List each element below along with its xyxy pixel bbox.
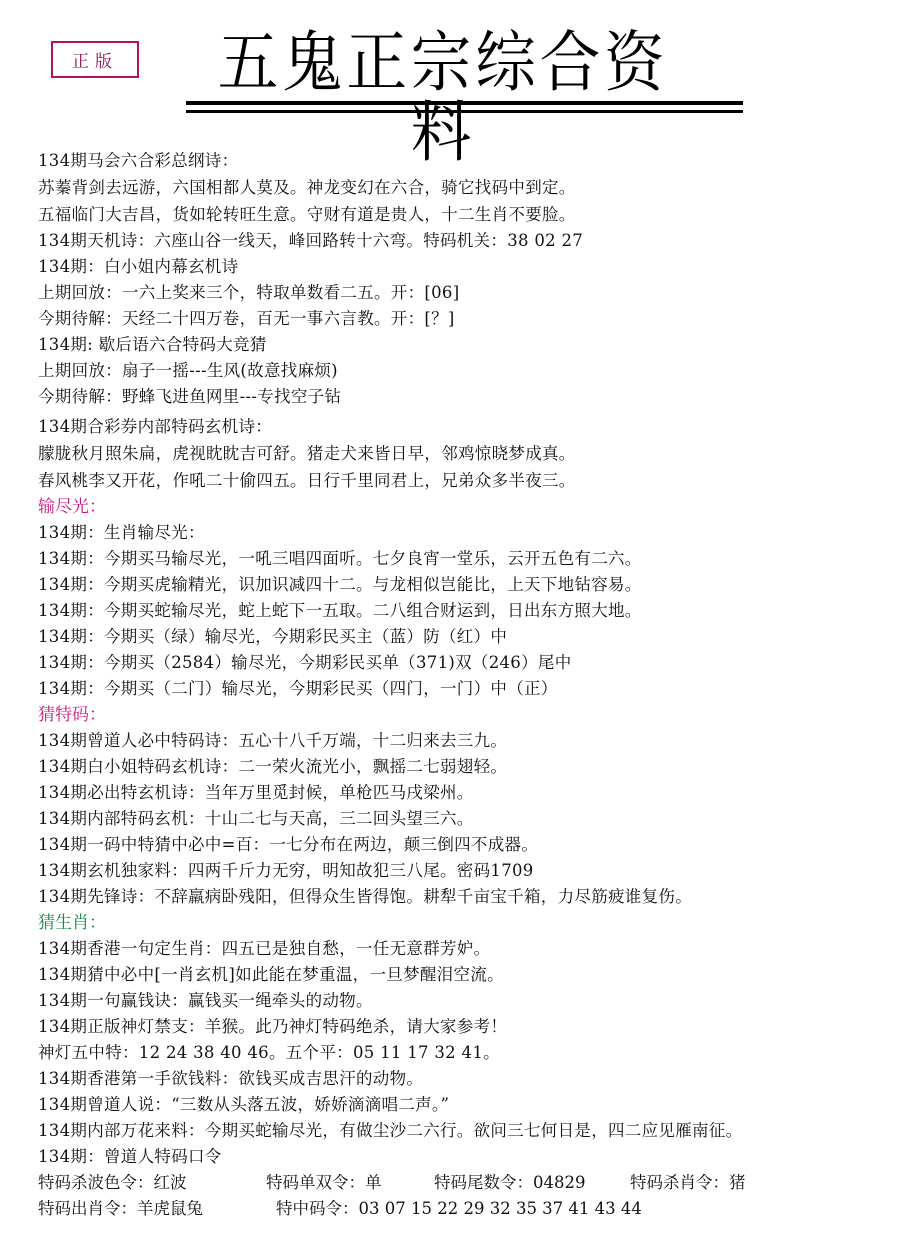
block-internal-poem: 134期合彩券内部特码玄机诗： 朦胧秋月照朱扁，虎视眈眈吉可舒。猪走犬来皆日早，… <box>38 414 898 494</box>
text-line: 134期马会六合彩总纲诗： <box>38 148 898 174</box>
text-line: 134期香港一句定生肖：四五已是独自愁，一任无意群芳妒。 <box>38 936 898 962</box>
text-line: 上期回放：扇子一摇---生风(故意找麻烦) <box>38 358 898 384</box>
block-general-poems: 134期马会六合彩总纲诗： 苏蓁背剑去远游，六国相都人莫及。神龙变幻在六合，骑它… <box>38 148 898 410</box>
text-line: 134期猜中必中[一肖玄机]如此能在梦重温，一旦梦醒泪空流。 <box>38 962 898 988</box>
title-rule-thick <box>186 101 743 105</box>
page-title: 五鬼正宗综合资料 <box>190 28 696 168</box>
title-rule-thin <box>186 110 743 113</box>
text-line: 134期必出特玄机诗：当年万里觅封候，单枪匹马戌梁州。 <box>38 780 898 806</box>
edition-badge-label: 正版 <box>72 47 118 72</box>
command-row-2: 特码出肖令：羊虎鼠兔 特中码令：03 07 15 22 29 32 35 37 … <box>38 1196 898 1222</box>
text-line: 上期回放：一六上奖来三个，特取单数看二五。开：[06] <box>38 280 898 306</box>
text-line: 134期合彩券内部特码玄机诗： <box>38 414 898 440</box>
edition-badge: 正版 <box>51 41 139 78</box>
text-line: 134期：今期买（绿）输尽光，今期彩民买主（蓝）防（红）中 <box>38 624 898 650</box>
text-line: 134期：生肖输尽光： <box>38 520 898 546</box>
text-line: 134期曾道人必中特码诗：五心十八千万端，十二归来去三九。 <box>38 728 898 754</box>
text-line: 春风桃李又开花，作吼二十偷四五。日行千里同君上，兄弟众多半夜三。 <box>38 467 898 494</box>
text-line: 134期香港第一手欲钱料：欲钱买成吉思汗的动物。 <box>38 1066 898 1092</box>
command-tail-digits: 特码尾数令：04829 <box>434 1170 630 1196</box>
command-kill-zodiac: 特码杀肖令：猪 <box>630 1170 746 1196</box>
text-line: 134期内部特码玄机：十山二七与天高，三二回头望三六。 <box>38 806 898 832</box>
command-hit-numbers: 特中码令：03 07 15 22 29 32 35 37 41 43 44 <box>276 1196 642 1222</box>
command-kill-color: 特码杀波色令：红波 <box>38 1170 266 1196</box>
text-line: 134期一句赢钱诀：赢钱买一绳牵头的动物。 <box>38 988 898 1014</box>
text-line: 134期一码中特猜中必中=百：一七分布在两边，颠三倒四不成器。 <box>38 832 898 858</box>
text-line: 134期先锋诗：不辞羸病卧残阳，但得众生皆得饱。耕犁千亩宝千箱，力尽筋疲谁复伤。 <box>38 884 898 910</box>
text-line: 134期：曾道人特码口令 <box>38 1144 898 1170</box>
text-line: 134期：今期买马输尽光，一吼三唱四面听。七夕良宵一堂乐，云开五色有二六。 <box>38 546 898 572</box>
section-heading-guess-zodiac: 猜生肖： <box>38 910 898 936</box>
command-odd-even: 特码单双令：单 <box>266 1170 434 1196</box>
text-line: 今期待解：野蜂飞进鱼网里---专找空子钻 <box>38 384 898 410</box>
text-line: 134期内部万花来料：今期买蛇输尽光，有做尘沙二六行。欲问三七何日是，四二应见雁… <box>38 1118 898 1144</box>
text-line: 苏蓁背剑去远游，六国相都人莫及。神龙变幻在六合，骑它找码中到定。 <box>38 174 898 201</box>
document-body: 134期马会六合彩总纲诗： 苏蓁背剑去远游，六国相都人莫及。神龙变幻在六合，骑它… <box>38 148 898 1222</box>
section-guess-zodiac: 猜生肖： 134期香港一句定生肖：四五已是独自愁，一任无意群芳妒。 134期猜中… <box>38 910 898 1222</box>
section-heading-lose-all: 输尽光： <box>38 494 898 520</box>
text-line: 134期：白小姐内幕玄机诗 <box>38 254 898 280</box>
text-line: 134期：今期买（2584）输尽光，今期彩民买单（371)双（246）尾中 <box>38 650 898 676</box>
section-lose-all: 输尽光： 134期：生肖输尽光： 134期：今期买马输尽光，一吼三唱四面听。七夕… <box>38 494 898 702</box>
text-line: 134期：今期买蛇输尽光，蛇上蛇下一五取。二八组合财运到，日出东方照大地。 <box>38 598 898 624</box>
text-line: 134期：今期买虎输精光，识加识减四十二。与龙相似岂能比，上天下地钻容易。 <box>38 572 898 598</box>
text-line: 134期: 歇后语六合特码大竞猜 <box>38 332 898 358</box>
section-heading-guess-code: 猜特码： <box>38 702 898 728</box>
text-line: 134期：今期买（二门）输尽光，今期彩民买（四门，一门）中（正） <box>38 676 898 702</box>
text-line: 134期白小姐特码玄机诗：二一荣火流光小，飘摇二七弱翅轻。 <box>38 754 898 780</box>
text-line: 五福临门大吉昌，货如轮转旺生意。守财有道是贵人，十二生肖不要脸。 <box>38 201 898 228</box>
text-line: 神灯五中特：12 24 38 40 46。五个平：05 11 17 32 41。 <box>38 1040 898 1066</box>
section-guess-code: 猜特码： 134期曾道人必中特码诗：五心十八千万端，十二归来去三九。 134期白… <box>38 702 898 910</box>
text-line: 朦胧秋月照朱扁，虎视眈眈吉可舒。猪走犬来皆日早，邻鸡惊晓梦成真。 <box>38 440 898 467</box>
text-line: 134期天机诗：六座山谷一线天，峰回路转十六弯。特码机关：38 02 27 <box>38 228 898 254</box>
text-line: 134期正版神灯禁支：羊猴。此乃神灯特码绝杀，请大家参考！ <box>38 1014 898 1040</box>
text-line: 今期待解：天经二十四万卷，百无一事六言教。开：[？] <box>38 306 898 332</box>
text-line: 134期玄机独家料：四两千斤力无穷，明知故犯三八尾。密码1709 <box>38 858 898 884</box>
command-row-1: 特码杀波色令：红波 特码单双令：单 特码尾数令：04829 特码杀肖令：猪 <box>38 1170 898 1196</box>
text-line: 134期曾道人说：“三数从头落五波，娇娇滴滴唱二声。” <box>38 1092 898 1118</box>
command-out-zodiac: 特码出肖令：羊虎鼠兔 <box>38 1196 276 1222</box>
